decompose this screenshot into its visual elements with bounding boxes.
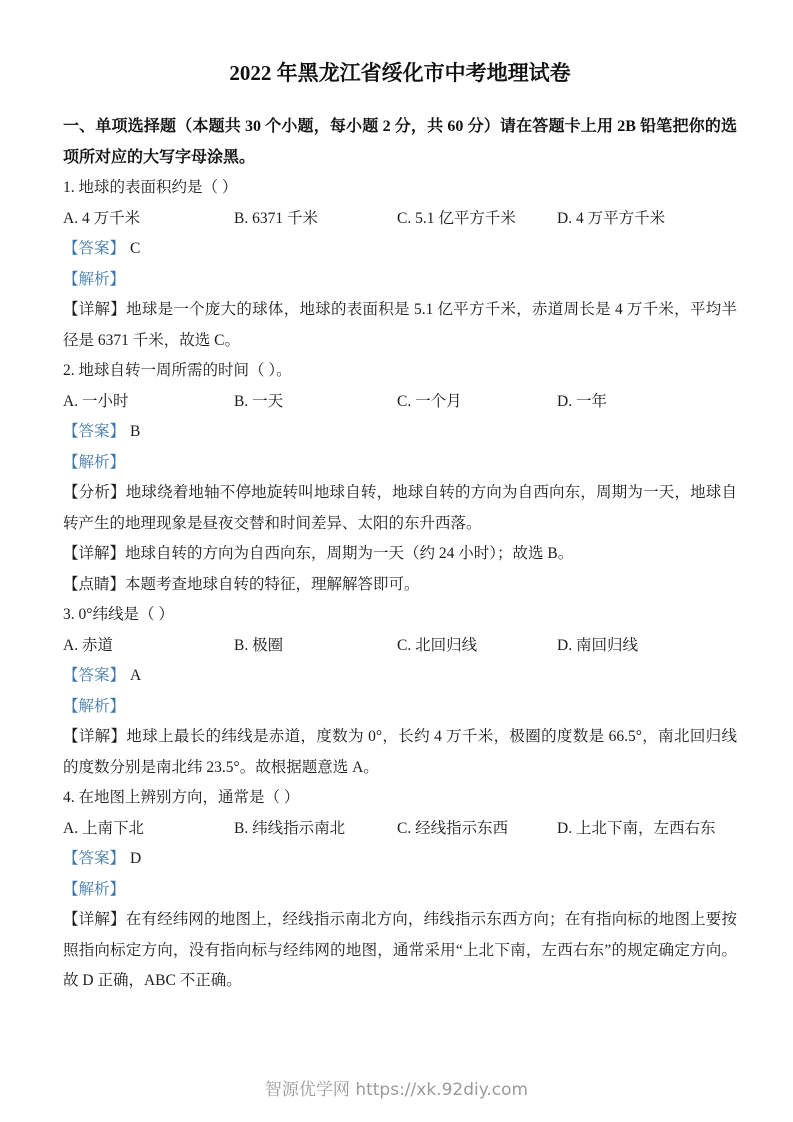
explanation-label: 【详解】 xyxy=(63,728,126,745)
page-title: 2022 年黑龙江省绥化市中考地理试卷 xyxy=(63,58,737,88)
explanation-text: 在有经纬网的地图上，经线指示南北方向，纬线指示东西方向；在有指向标的地图上要按照… xyxy=(63,911,737,989)
answer-label: 【答案】 xyxy=(63,240,125,257)
document-content: 2022 年黑龙江省绥化市中考地理试卷 一、单项选择题（本题共 30 个小题，每… xyxy=(0,0,793,997)
explanation-label: 【点睛】 xyxy=(63,576,125,593)
option-a: A. 一小时 xyxy=(63,387,234,418)
answer-value: A xyxy=(130,667,141,684)
answer-label: 【答案】 xyxy=(63,667,125,684)
option-d: D. 一年 xyxy=(557,387,737,418)
answer-label: 【答案】 xyxy=(63,423,125,440)
option-a: A. 4 万千米 xyxy=(63,204,234,235)
question-1: 1. 地球的表面积约是（ ） A. 4 万千米 B. 6371 千米 C. 5.… xyxy=(63,173,737,356)
answer-line: 【答案】C xyxy=(63,234,737,265)
answer-label: 【答案】 xyxy=(63,850,125,867)
explanation-label: 【详解】 xyxy=(63,545,125,562)
option-c: C. 北回归线 xyxy=(397,631,557,662)
explanation-text: 地球上最长的纬线是赤道，度数为 0°，长约 4 万千米，极圈的度数是 66.5°… xyxy=(63,728,737,776)
explanation: 【详解】地球上最长的纬线是赤道，度数为 0°，长约 4 万千米，极圈的度数是 6… xyxy=(63,722,737,783)
option-a: A. 上南下北 xyxy=(63,814,234,845)
question-4: 4. 在地图上辨别方向，通常是（ ） A. 上南下北 B. 纬线指示南北 C. … xyxy=(63,783,737,997)
option-b: B. 一天 xyxy=(234,387,397,418)
analysis-line: 【解析】 xyxy=(63,692,737,723)
question-2: 2. 地球自转一周所需的时间（ ）。 A. 一小时 B. 一天 C. 一个月 D… xyxy=(63,356,737,600)
option-d: D. 上北下南，左西右东 xyxy=(557,814,737,845)
answer-line: 【答案】D xyxy=(63,844,737,875)
option-b: B. 6371 千米 xyxy=(234,204,397,235)
option-d: D. 南回归线 xyxy=(557,631,737,662)
question-stem: 2. 地球自转一周所需的时间（ ）。 xyxy=(63,356,737,387)
explanation-text: 本题考查地球自转的特征，理解解答即可。 xyxy=(125,576,420,593)
question-stem: 1. 地球的表面积约是（ ） xyxy=(63,173,737,204)
analysis-line: 【解析】 xyxy=(63,875,737,906)
analysis-line: 【解析】 xyxy=(63,265,737,296)
analysis-label: 【解析】 xyxy=(63,881,125,898)
explanation-text: 地球是一个庞大的球体，地球的表面积是 5.1 亿平方千米，赤道周长是 4 万千米… xyxy=(63,301,737,349)
options-row: A. 上南下北 B. 纬线指示南北 C. 经线指示东西 D. 上北下南，左西右东 xyxy=(63,814,737,845)
option-b: B. 纬线指示南北 xyxy=(234,814,397,845)
answer-line: 【答案】A xyxy=(63,661,737,692)
question-3: 3. 0°纬线是（ ） A. 赤道 B. 极圈 C. 北回归线 D. 南回归线 … xyxy=(63,600,737,783)
answer-line: 【答案】B xyxy=(63,417,737,448)
watermark-footer: 智源优学网 https://xk.92diy.com xyxy=(0,1075,793,1100)
explanation-label: 【详解】 xyxy=(63,911,126,928)
explanation: 【详解】地球自转的方向为自西向东，周期为一天（约 24 小时）；故选 B。 xyxy=(63,539,737,570)
option-a: A. 赤道 xyxy=(63,631,234,662)
options-row: A. 赤道 B. 极圈 C. 北回归线 D. 南回归线 xyxy=(63,631,737,662)
explanation: 【详解】在有经纬网的地图上，经线指示南北方向，纬线指示东西方向；在有指向标的地图… xyxy=(63,905,737,997)
question-stem: 4. 在地图上辨别方向，通常是（ ） xyxy=(63,783,737,814)
options-row: A. 一小时 B. 一天 C. 一个月 D. 一年 xyxy=(63,387,737,418)
answer-value: B xyxy=(130,423,140,440)
exam-document: 2022 年黑龙江省绥化市中考地理试卷 一、单项选择题（本题共 30 个小题，每… xyxy=(0,0,793,1122)
option-c: C. 一个月 xyxy=(397,387,557,418)
question-stem: 3. 0°纬线是（ ） xyxy=(63,600,737,631)
explanation: 【分析】地球绕着地轴不停地旋转叫地球自转，地球自转的方向为自西向东，周期为一天，… xyxy=(63,478,737,539)
explanation-label: 【详解】 xyxy=(63,301,126,318)
analysis-label: 【解析】 xyxy=(63,698,125,715)
analysis-label: 【解析】 xyxy=(63,454,125,471)
explanation-label: 【分析】 xyxy=(63,484,126,501)
analysis-label: 【解析】 xyxy=(63,271,125,288)
option-c: C. 经线指示东西 xyxy=(397,814,557,845)
analysis-line: 【解析】 xyxy=(63,448,737,479)
option-d: D. 4 万平方千米 xyxy=(557,204,737,235)
explanation-text: 地球自转的方向为自西向东，周期为一天（约 24 小时）；故选 B。 xyxy=(125,545,573,562)
explanation-text: 地球绕着地轴不停地旋转叫地球自转，地球自转的方向为自西向东，周期为一天，地球自转… xyxy=(63,484,737,532)
options-row: A. 4 万千米 B. 6371 千米 C. 5.1 亿平方千米 D. 4 万平… xyxy=(63,204,737,235)
option-c: C. 5.1 亿平方千米 xyxy=(397,204,557,235)
answer-value: D xyxy=(130,850,141,867)
option-b: B. 极圈 xyxy=(234,631,397,662)
section-heading: 一、单项选择题（本题共 30 个小题，每小题 2 分，共 60 分）请在答题卡上… xyxy=(63,112,737,173)
answer-value: C xyxy=(130,240,140,257)
explanation: 【点睛】本题考查地球自转的特征，理解解答即可。 xyxy=(63,570,737,601)
explanation: 【详解】地球是一个庞大的球体，地球的表面积是 5.1 亿平方千米，赤道周长是 4… xyxy=(63,295,737,356)
